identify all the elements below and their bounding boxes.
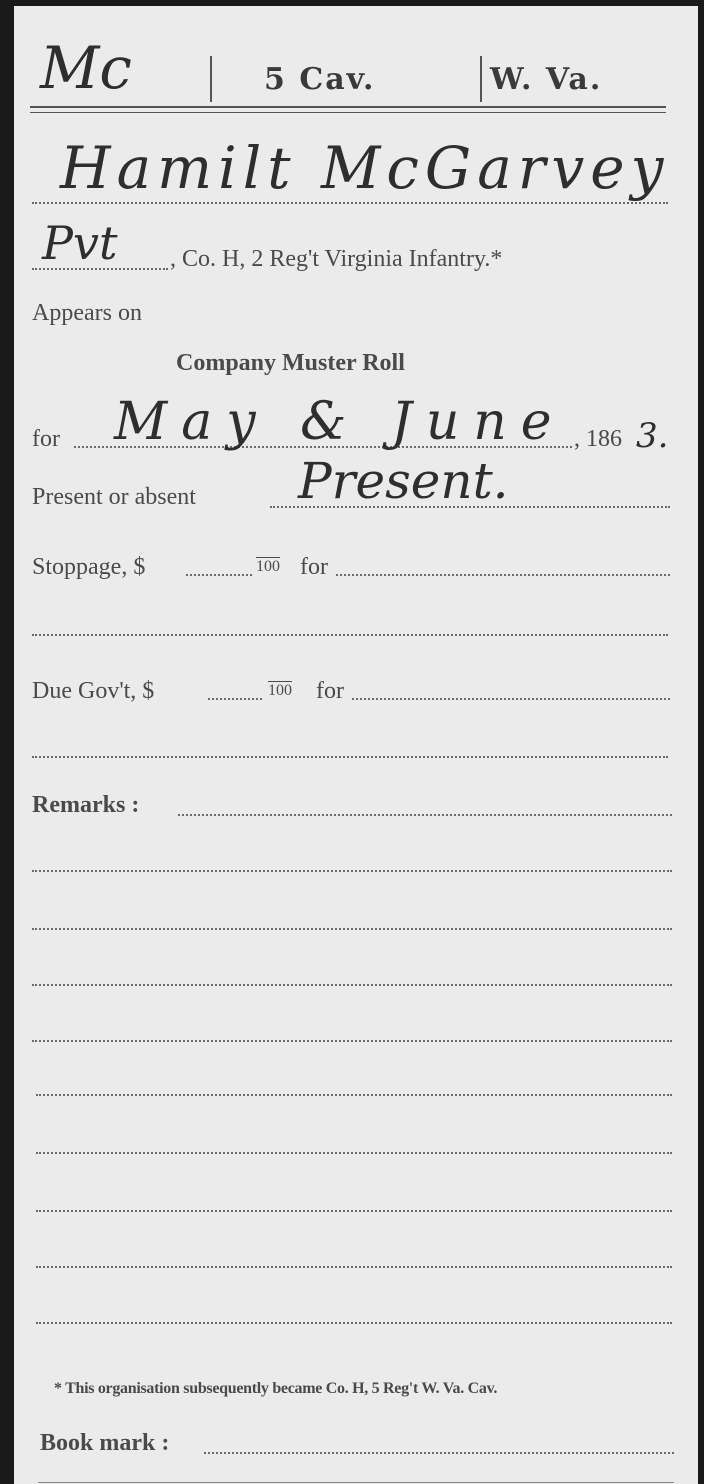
unit-line: , Co. H, 2 Reg't Virginia Infantry.* (170, 246, 502, 273)
header-divider (210, 56, 212, 102)
soldier-name: Hamilt McGarvey (60, 134, 669, 202)
remarks-line (32, 1040, 672, 1042)
stoppage-line-2 (32, 634, 668, 636)
year-suffix: 3. (636, 416, 668, 456)
due-amount-line (208, 698, 262, 700)
roll-type: Company Muster Roll (176, 350, 405, 377)
present-label: Present or absent (32, 484, 196, 511)
bookmark-line (204, 1452, 674, 1454)
bottom-rule (38, 1482, 674, 1483)
header-rule (30, 106, 666, 108)
name-line (32, 202, 668, 204)
unit-heading: 5 Cav. (264, 62, 376, 97)
remarks-line (36, 1322, 672, 1324)
remarks-line (36, 1210, 672, 1212)
bookmark-label: Book mark : (40, 1430, 169, 1457)
year-prefix: , 186 (574, 426, 622, 453)
stoppage-cents: 100 (256, 558, 280, 576)
due-for: for (316, 678, 344, 705)
surname-initial: Mc (40, 34, 132, 102)
due-line-2 (32, 756, 668, 758)
remarks-label: Remarks : (32, 792, 139, 819)
remarks-line (36, 1266, 672, 1268)
state-heading: W. Va. (490, 62, 602, 97)
remarks-line (32, 984, 672, 986)
due-for-line (352, 698, 670, 700)
remarks-line (36, 1152, 672, 1154)
remarks-line (178, 814, 672, 816)
stoppage-for: for (300, 554, 328, 581)
remarks-line (32, 928, 672, 930)
due-cents: 100 (268, 682, 292, 700)
stoppage-for-line (336, 574, 670, 576)
present-value: Present. (298, 452, 509, 510)
rank-line (32, 268, 168, 270)
muster-card: Mc 5 Cav. W. Va. Hamilt McGarvey Pvt , C… (14, 6, 698, 1484)
remarks-line (36, 1094, 672, 1096)
for-label: for (32, 426, 60, 453)
rank: Pvt (42, 216, 117, 270)
appears-on-label: Appears on (32, 300, 142, 327)
stoppage-amount-line (186, 574, 252, 576)
footnote: * This organisation subsequently became … (54, 1380, 497, 1398)
due-label: Due Gov't, $ (32, 678, 154, 705)
header-divider (480, 56, 482, 102)
period-value: May & June (114, 392, 566, 452)
stoppage-label: Stoppage, $ (32, 554, 145, 581)
header-rule (30, 112, 666, 113)
remarks-line (32, 870, 672, 872)
